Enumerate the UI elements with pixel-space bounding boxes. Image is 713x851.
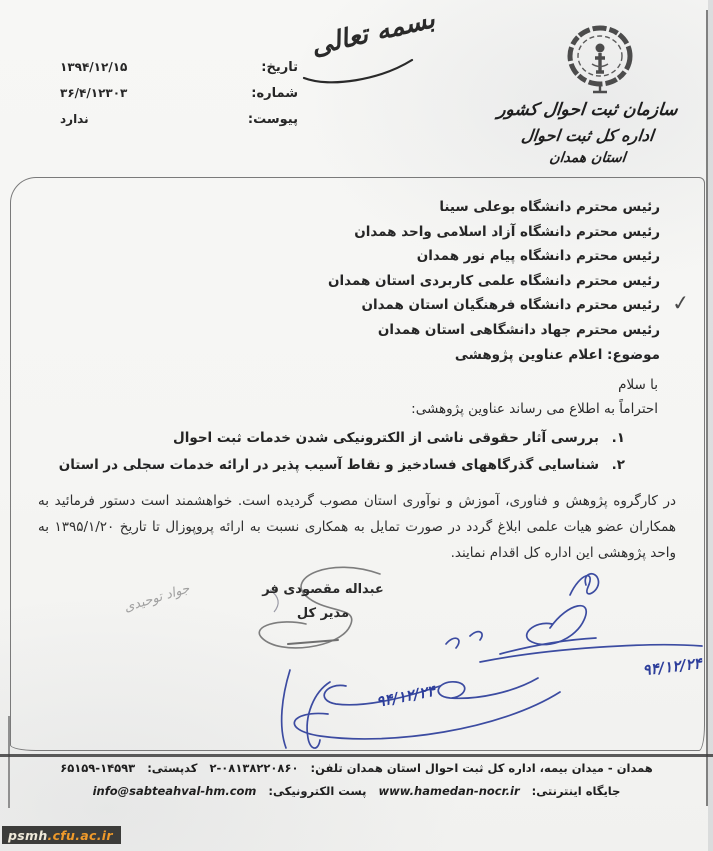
footer-separator-rule <box>0 754 713 757</box>
watermark-site: .cfu.ac.ir <box>48 828 113 843</box>
topic-text: شناسایی گذرگاههای فسادخیز و نقاط آسیب پذ… <box>59 457 599 473</box>
subject-label: موضوع: <box>607 347 660 363</box>
recipient-line: رئیس محترم دانشگاه آزاد اسلامی واحد همدا… <box>328 220 660 245</box>
number-row: شماره: ۳۶/۴/۱۲۳۰۳ <box>60 86 298 101</box>
subject-text: اعلام عناوین پژوهشی <box>455 347 602 363</box>
number-value: ۳۶/۴/۱۲۳۰۳ <box>60 86 127 100</box>
date-value: ۱۳۹۴/۱۲/۱۵ <box>60 60 127 74</box>
recipient-line-checked: ✓ رئیس محترم دانشگاه فرهنگیان استان همدا… <box>328 293 660 318</box>
checkmark-annotation-icon: ✓ <box>671 291 691 317</box>
footer-phone: ۲-۰۸۱۳۸۲۲۰۸۶۰ <box>209 761 298 775</box>
subject-line: موضوع: اعلام عناوین پژوهشی <box>328 343 660 368</box>
number-label: شماره: <box>251 86 298 101</box>
topic-number: ۱. <box>609 430 625 446</box>
attachment-label: پیوست: <box>248 112 298 127</box>
watermark-badge: psmh.cfu.ac.ir <box>2 826 121 844</box>
watermark-prefix: psmh <box>8 828 48 843</box>
intro-line: احتراماً به اطلاع می رساند عناوین پژوهشی… <box>411 401 658 417</box>
date-row: تاریخ: ۱۳۹۴/۱۲/۱۵ <box>60 60 298 75</box>
date-label: تاریخ: <box>261 60 298 75</box>
recipient-line: رئیس محترم جهاد دانشگاهی استان همدان <box>328 318 660 343</box>
org-name-line: سازمان ثبت احوال کشور <box>469 100 706 120</box>
research-topic-1: ۱. بررسی آثار حقوقی ناشی از الکترونیکی ش… <box>59 430 625 446</box>
header-fields: تاریخ: ۱۳۹۴/۱۲/۱۵ شماره: ۳۶/۴/۱۲۳۰۳ پیوس… <box>60 60 298 138</box>
footer-email[interactable]: info@sabteahval-hm.com <box>93 784 257 798</box>
signatory-title: مدیر کل <box>238 606 408 621</box>
recipient-line: رئیس محترم دانشگاه فرهنگیان استان همدان <box>361 297 660 313</box>
footer: همدان - میدان بیمه، اداره کل ثبت احوال ا… <box>0 761 713 798</box>
recipient-list: رئیس محترم دانشگاه بوعلی سینا رئیس محترم… <box>328 195 660 367</box>
recipient-line: رئیس محترم دانشگاه علمی کاربردی استان هم… <box>328 269 660 294</box>
footer-address-phone-label: همدان - میدان بیمه، اداره کل ثبت احوال ا… <box>311 761 653 775</box>
footer-postal-code: ۶۵۱۵۹-۱۴۵۹۳ <box>60 761 135 775</box>
scanned-letter-page: بسمه تعالی تاریخ: ۱۳۹۴/۱۲/۱۵ شماره: ۳۶/۴… <box>0 0 713 851</box>
org-province-line: استان همدان <box>469 150 706 166</box>
body-paragraph: در کارگروه پژوهش و فناوری، آموزش و نوآور… <box>38 488 676 566</box>
footer-email-label: پست الکترونیکی: <box>268 784 366 798</box>
attachment-row: پیوست: ندارد <box>60 112 298 127</box>
attachment-value: ندارد <box>60 112 89 126</box>
organization-emblem-icon <box>562 22 638 98</box>
footer-site-label: جایگاه اینترنتی: <box>532 784 621 798</box>
letterhead: سازمان ثبت احوال کشور اداره کل ثبت احوال… <box>470 100 705 166</box>
footer-web-line: جایگاه اینترنتی: www.hamedan-nocr.ir پست… <box>0 784 713 798</box>
topic-number: ۲. <box>609 457 625 473</box>
scan-edge-shade <box>708 0 713 851</box>
org-office-line: اداره کل ثبت احوال <box>469 126 706 145</box>
footer-postal-label: کدپستی: <box>147 761 197 775</box>
signatory-name: عبداله مقصودی فر <box>238 582 408 597</box>
besmele-swash-stroke <box>300 54 420 94</box>
research-topic-2: ۲. شناسایی گذرگاههای فسادخیز و نقاط آسیب… <box>59 457 625 473</box>
recipient-line: رئیس محترم دانشگاه بوعلی سینا <box>328 195 660 220</box>
research-topics-list: ۱. بررسی آثار حقوقی ناشی از الکترونیکی ش… <box>59 430 625 484</box>
footer-site-url[interactable]: www.hamedan-nocr.ir <box>379 784 520 798</box>
signature-block: عبداله مقصودی فر مدیر کل <box>238 582 408 621</box>
footer-address-line: همدان - میدان بیمه، اداره کل ثبت احوال ا… <box>0 761 713 775</box>
recipient-line: رئیس محترم دانشگاه پیام نور همدان <box>328 244 660 269</box>
salutation: با سلام <box>618 377 658 393</box>
topic-text: بررسی آثار حقوقی ناشی از الکترونیکی شدن … <box>173 430 599 446</box>
scan-edge-line-right <box>706 10 708 806</box>
